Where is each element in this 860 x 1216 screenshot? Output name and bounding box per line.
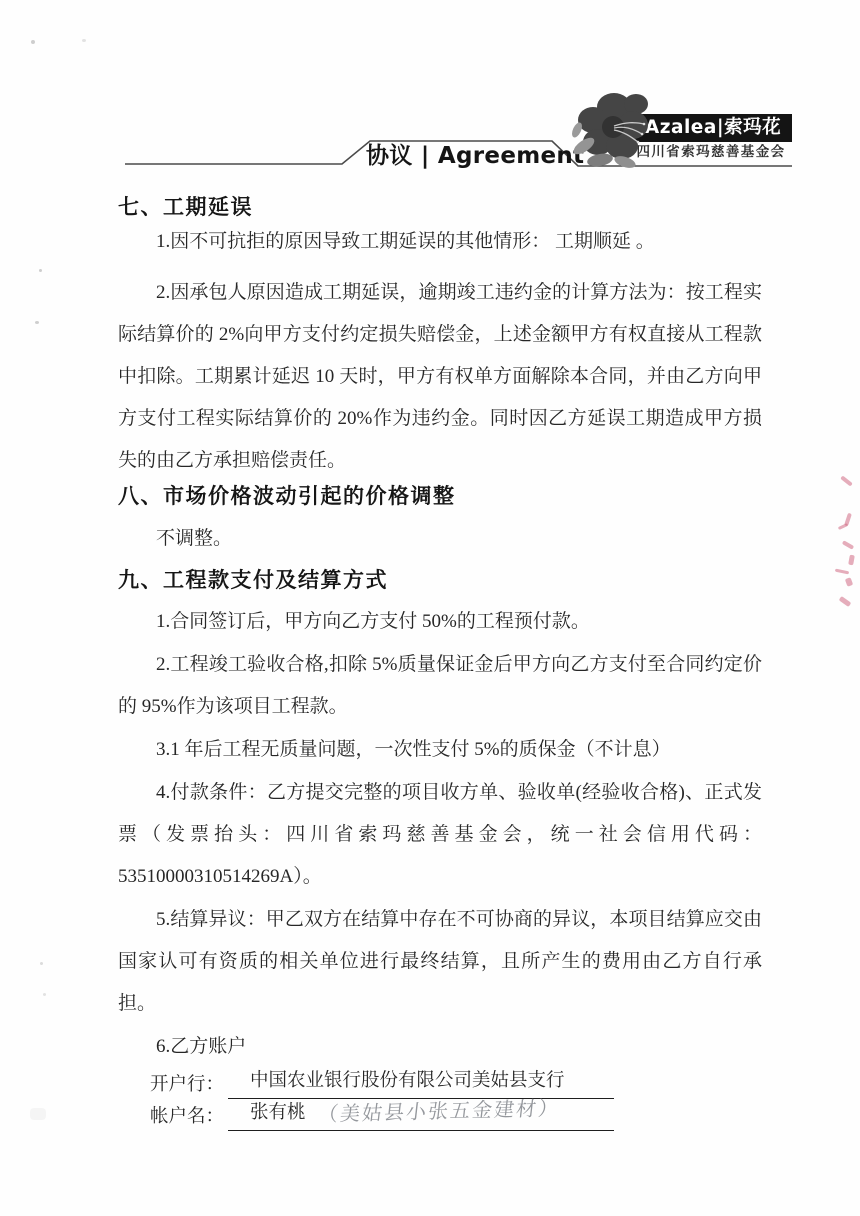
- bank-name-label: 开户行：: [150, 1072, 228, 1099]
- paragraph-8-1: 不调整。: [118, 518, 762, 560]
- scan-speck: [35, 321, 39, 324]
- paragraph-9-6: 6.乙方账户: [118, 1026, 762, 1068]
- azalea-flower-icon: [570, 80, 666, 172]
- section-heading-7: 七、工期延误: [118, 193, 762, 221]
- scan-speck: [31, 40, 35, 44]
- paragraph-9-4: 4.付款条件：乙方提交完整的项目收方单、验收单(经验收合格)、正式发票（发票抬头…: [118, 772, 762, 898]
- scanned-agreement-page: 协议 | Agreement Azalea|索玛花 四川省索玛慈善基金会 七、工…: [0, 0, 860, 1216]
- handwritten-note: （美姑县小张五金建材）: [317, 1096, 562, 1129]
- paragraph-7-2: 2.因承包人原因造成工期延误，逾期竣工违约金的计算方法为：按工程实际结算价的 2…: [118, 272, 762, 482]
- section-heading-9: 九、工程款支付及结算方式: [118, 566, 762, 594]
- document-body: 七、工期延误 1.因不可抗拒的原因导致工期延误的其他情形： 工期顺延 。 2.因…: [0, 185, 860, 1131]
- scan-speck: [30, 1108, 46, 1120]
- scan-speck: [43, 993, 46, 996]
- paragraph-9-2: 2.工程竣工验收合格,扣除 5%质量保证金后甲方向乙方支付至合同约定价的 95%…: [118, 644, 762, 728]
- account-holder-name: 张有桃: [250, 1103, 306, 1123]
- account-name-row: 帐户名： 张有桃 （美姑县小张五金建材）: [150, 1099, 762, 1131]
- scan-speck: [40, 962, 43, 965]
- account-name-field: 张有桃 （美姑县小张五金建材）: [228, 1099, 614, 1131]
- account-name-label: 帐户名：: [150, 1104, 228, 1131]
- bank-name-row: 开户行： 中国农业银行股份有限公司美姑县支行: [150, 1068, 762, 1099]
- paragraph-9-3: 3.1 年后工程无质量问题，一次性支付 5%的质保金（不计息）: [118, 729, 762, 771]
- paragraph-7-1: 1.因不可抗拒的原因导致工期延误的其他情形： 工期顺延 。: [118, 221, 762, 263]
- section-heading-8: 八、市场价格波动引起的价格调整: [118, 482, 762, 510]
- scan-speck: [82, 39, 86, 42]
- page-title: 协议 | Agreement: [366, 141, 566, 171]
- paragraph-9-5: 5.结算异议：甲乙双方在结算中存在不可协商的异议，本项目结算应交由国家认可有资质…: [118, 899, 762, 1025]
- paragraph-9-1: 1.合同签订后，甲方向乙方支付 50%的工程预付款。: [118, 601, 762, 643]
- bank-name-field: 中国农业银行股份有限公司美姑县支行: [228, 1068, 614, 1099]
- scan-speck: [39, 269, 42, 272]
